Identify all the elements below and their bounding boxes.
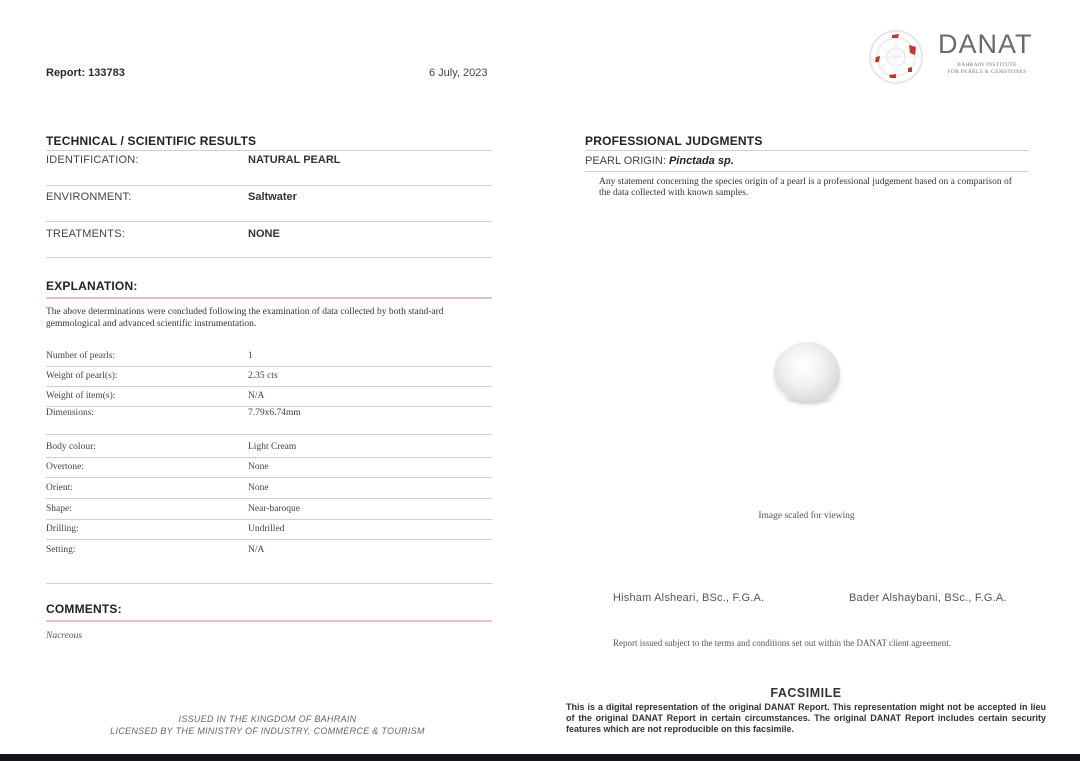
divider [46,539,492,540]
treatments-label: TREATMENTS: [46,228,125,240]
logo-subtitle-line1: BAHRAIN INSTITUTE [940,62,1034,69]
report-number: Report: 133783 [46,67,125,79]
row-label: Orient: [46,483,73,493]
logo-wordmark: DANAT [938,29,1033,60]
row-label: Dimensions: [46,408,94,418]
table-row: Setting:N/A [46,541,492,561]
row-value: Undrilled [248,524,284,534]
row-label: Weight of item(s): [46,391,115,401]
table-row: Drilling:Undrilled [46,520,492,540]
row-value: None [248,483,269,493]
signatory-2: Bader Alshaybani, BSc., F.G.A. [849,592,1007,604]
pearl-origin: PEARL ORIGIN: Pinctada sp. [585,155,734,167]
divider [46,477,492,478]
row-value: 1 [248,351,253,361]
divider [46,221,492,222]
signatory-1: Hisham Alsheari, BSc., F.G.A. [613,592,764,604]
technical-results-title: TECHNICAL / SCIENTIFIC RESULTS [46,134,256,148]
row-label: Shape: [46,504,72,514]
row-value: 7.79x6.74mm [248,408,301,418]
row-value: None [248,462,269,472]
divider [46,257,492,258]
divider [585,150,1029,151]
licensed-line: LICENSED BY THE MINISTRY OF INDUSTRY, CO… [100,725,435,737]
report-date: 6 July, 2023 [429,67,488,79]
pearl-origin-value: Pinctada sp. [669,155,734,167]
table-row: Body colour:Light Cream [46,438,492,458]
divider-accent [46,297,492,299]
row-label: Number of pearls: [46,351,115,361]
divider [46,583,492,584]
row-label: Drilling: [46,524,79,534]
identification-value: NATURAL PEARL [248,154,340,166]
row-label: Overtone: [46,462,84,472]
pearl-photo [774,342,840,402]
image-caption: Image scaled for viewing [640,511,973,521]
divider [46,434,492,435]
divider [46,185,492,186]
terms-notice: Report issued subject to the terms and c… [613,638,951,648]
row-value: 2.35 cts [248,371,278,381]
facsimile-title: FACSIMILE [566,686,1046,700]
environment-value: Saltwater [248,191,297,203]
row-label: Setting: [46,545,76,555]
table-row: Shape:Near-baroque [46,500,492,520]
table-row: Overtone:None [46,458,492,478]
row-value: N/A [248,391,264,401]
issuing-authority: ISSUED IN THE KINGDOM OF BAHRAIN LICENSE… [100,713,435,737]
danat-emblem-icon [868,29,924,85]
comments-title: COMMENTS: [46,602,122,616]
comments-value: Nacreous [46,631,82,641]
row-label: Body colour: [46,442,96,452]
treatments-value: NONE [248,228,280,240]
origin-note: Any statement concerning the species ori… [599,177,1019,199]
row-value: Near-baroque [248,504,300,514]
row-value: Light Cream [248,442,296,452]
logo-subtitle: BAHRAIN INSTITUTE FOR PEARLS & GEMSTONES [940,62,1034,76]
logo-subtitle-line2: FOR PEARLS & GEMSTONES [940,69,1034,76]
table-row: Dimensions:7.79x6.74mm [46,404,492,424]
row-value: N/A [248,545,264,555]
table-row: Orient:None [46,479,492,499]
bottom-bar [0,754,1080,761]
danat-logo: DANAT BAHRAIN INSTITUTE FOR PEARLS & GEM… [866,27,1036,87]
divider [46,498,492,499]
table-row: Weight of pearl(s):2.35 cts [46,367,492,387]
table-row: Number of pearls:1 [46,347,492,367]
professional-judgments-title: PROFESSIONAL JUDGMENTS [585,134,763,148]
divider-accent [46,620,492,622]
explanation-title: EXPLANATION: [46,279,138,293]
explanation-text: The above determinations were concluded … [46,306,496,330]
environment-label: ENVIRONMENT: [46,191,132,203]
facsimile-text: This is a digital representation of the … [566,702,1046,735]
pearl-origin-label: PEARL ORIGIN: [585,155,666,167]
row-label: Weight of pearl(s): [46,371,118,381]
identification-label: IDENTIFICATION: [46,154,139,166]
issued-line: ISSUED IN THE KINGDOM OF BAHRAIN [100,713,435,725]
divider [46,150,492,151]
divider [585,171,1029,172]
